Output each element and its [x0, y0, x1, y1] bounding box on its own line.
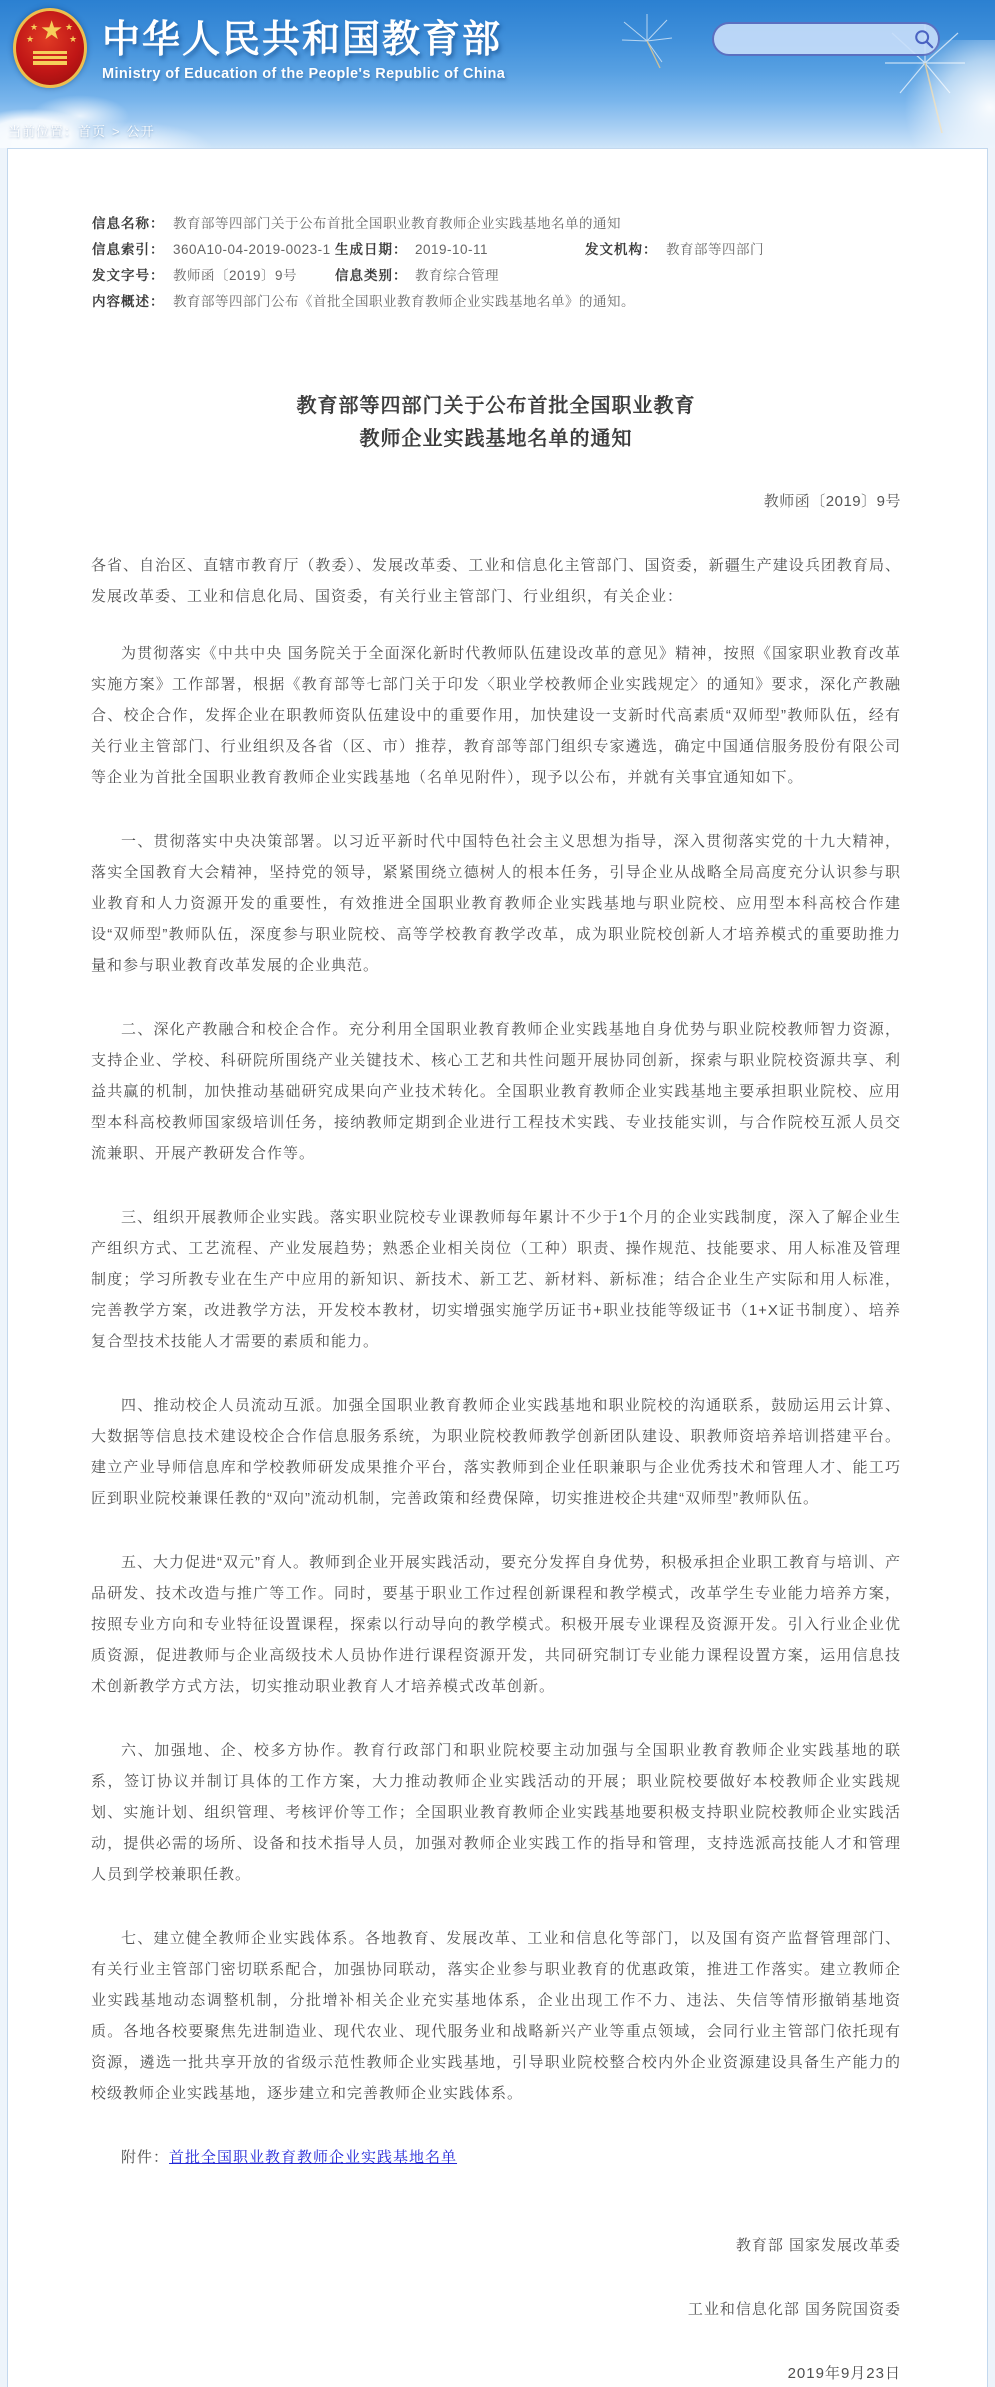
meta-org-label: 发文机构：: [585, 237, 666, 263]
document-title-line1: 教育部等四部门关于公布首批全国职业教育: [297, 395, 696, 417]
meta-name-label: 信息名称：: [92, 211, 173, 237]
document-paragraph: 六、加强地、企、校多方协作。教育行政部门和职业院校要主动加强与全国职业教育教师企…: [91, 1735, 901, 1890]
meta-date-label: 生成日期：: [335, 237, 415, 263]
page: ★ ★ ★ ★ ★ 中华人民共和国教育部 Ministry of Educati…: [0, 0, 995, 2387]
meta-row-index: 信息索引： 360A10-04-2019-0023-1 生成日期： 2019-1…: [92, 237, 927, 263]
document-number: 教师函〔2019〕9号: [91, 486, 901, 517]
site-header: ★ ★ ★ ★ ★ 中华人民共和国教育部 Ministry of Educati…: [0, 0, 995, 148]
meta-index-label: 信息索引：: [92, 237, 173, 263]
breadcrumb-home-link[interactable]: 首页: [78, 124, 106, 139]
meta-category-label: 信息类别：: [335, 263, 415, 289]
breadcrumb-current-link[interactable]: 公开: [127, 124, 155, 139]
emblem-gate-icon: [33, 51, 67, 65]
emblem-star-icon: ★: [40, 17, 63, 43]
breadcrumb-separator: >: [112, 124, 121, 139]
dandelion-seed-decoration: [612, 6, 682, 76]
document-paragraph: 二、深化产教融合和校企合作。充分利用全国职业教育教师企业实践基地自身优势与职业院…: [91, 1014, 901, 1169]
document-title: 教育部等四部门关于公布首批全国职业教育 教师企业实践基地名单的通知: [91, 390, 901, 456]
meta-docnum-label: 发文字号：: [92, 263, 173, 289]
emblem-small-star-icon: ★: [30, 23, 38, 32]
meta-index-value: 360A10-04-2019-0023-1: [173, 237, 335, 263]
meta-category-value: 教育综合管理: [415, 263, 499, 289]
attachment-line: 附件：首批全国职业教育教师企业实践基地名单: [91, 2142, 901, 2173]
attachment-label: 附件：: [121, 2149, 169, 2166]
document-paragraph: 三、组织开展教师企业实践。落实职业院校专业课教师每年累计不少于1个月的企业实践制…: [91, 1202, 901, 1357]
content-panel: 信息名称： 教育部等四部门关于公布首批全国职业教育教师企业实践基地名单的通知 信…: [7, 148, 988, 2387]
meta-row-name: 信息名称： 教育部等四部门关于公布首批全国职业教育教师企业实践基地名单的通知: [92, 211, 927, 237]
meta-org-value: 教育部等四部门: [666, 237, 764, 263]
document-paragraph: 五、大力促进“双元”育人。教师到企业开展实践活动，要充分发挥自身优势，积极承担企…: [91, 1547, 901, 1702]
document-paragraph: 一、贯彻落实中央决策部署。以习近平新时代中国特色社会主义思想为指导，深入贯彻落实…: [91, 826, 901, 981]
site-titles: 中华人民共和国教育部 Ministry of Education of the …: [102, 18, 505, 82]
meta-date-value: 2019-10-11: [415, 237, 585, 263]
signature-date: 2019年9月23日: [91, 2358, 901, 2387]
attachment-link[interactable]: 首批全国职业教育教师企业实践基地名单: [169, 2149, 457, 2166]
meta-row-summary: 内容概述： 教育部等四部门公布《首批全国职业教育教师企业实践基地名单》的通知。: [92, 289, 927, 315]
national-emblem-logo: ★ ★ ★ ★ ★: [13, 8, 87, 88]
document-meta: 信息名称： 教育部等四部门关于公布首批全国职业教育教师企业实践基地名单的通知 信…: [8, 211, 987, 315]
meta-row-docnum: 发文字号： 教师函〔2019〕9号 信息类别： 教育综合管理: [92, 263, 927, 289]
breadcrumb: 当前位置：首页>公开: [8, 121, 155, 140]
document-paragraph: 七、建立健全教师企业实践体系。各地教育、发展改革、工业和信息化等部门，以及国有资…: [91, 1923, 901, 2109]
meta-summary-value: 教育部等四部门公布《首批全国职业教育教师企业实践基地名单》的通知。: [173, 289, 635, 315]
breadcrumb-prefix: 当前位置：: [8, 124, 78, 139]
meta-name-value: 教育部等四部门关于公布首批全国职业教育教师企业实践基地名单的通知: [173, 211, 621, 237]
meta-docnum-value: 教师函〔2019〕9号: [173, 263, 335, 289]
document-paragraph: 为贯彻落实《中共中央 国务院关于全面深化新时代教师队伍建设改革的意见》精神，按照…: [91, 638, 901, 793]
document-paragraph: 四、推动校企人员流动互派。加强全国职业教育教师企业实践基地和职业院校的沟通联系，…: [91, 1390, 901, 1514]
site-title: 中华人民共和国教育部: [102, 18, 505, 62]
emblem-small-star-icon: ★: [65, 23, 73, 32]
site-subtitle: Ministry of Education of the People's Re…: [102, 66, 505, 82]
emblem-small-star-icon: ★: [69, 35, 77, 44]
search-input[interactable]: [728, 25, 913, 53]
signature-line: 教育部 国家发展改革委: [91, 2230, 901, 2261]
document-addressee: 各省、自治区、直辖市教育厅（教委）、发展改革委、工业和信息化主管部门、国资委，新…: [91, 550, 901, 612]
signature-line: 工业和信息化部 国务院国资委: [91, 2294, 901, 2325]
search-box[interactable]: [712, 22, 940, 56]
search-icon[interactable]: [913, 28, 935, 50]
document-body: 教育部等四部门关于公布首批全国职业教育 教师企业实践基地名单的通知 教师函〔20…: [8, 390, 987, 2387]
meta-summary-label: 内容概述：: [92, 289, 173, 315]
emblem-small-star-icon: ★: [26, 35, 34, 44]
document-title-line2: 教师企业实践基地名单的通知: [360, 428, 633, 450]
